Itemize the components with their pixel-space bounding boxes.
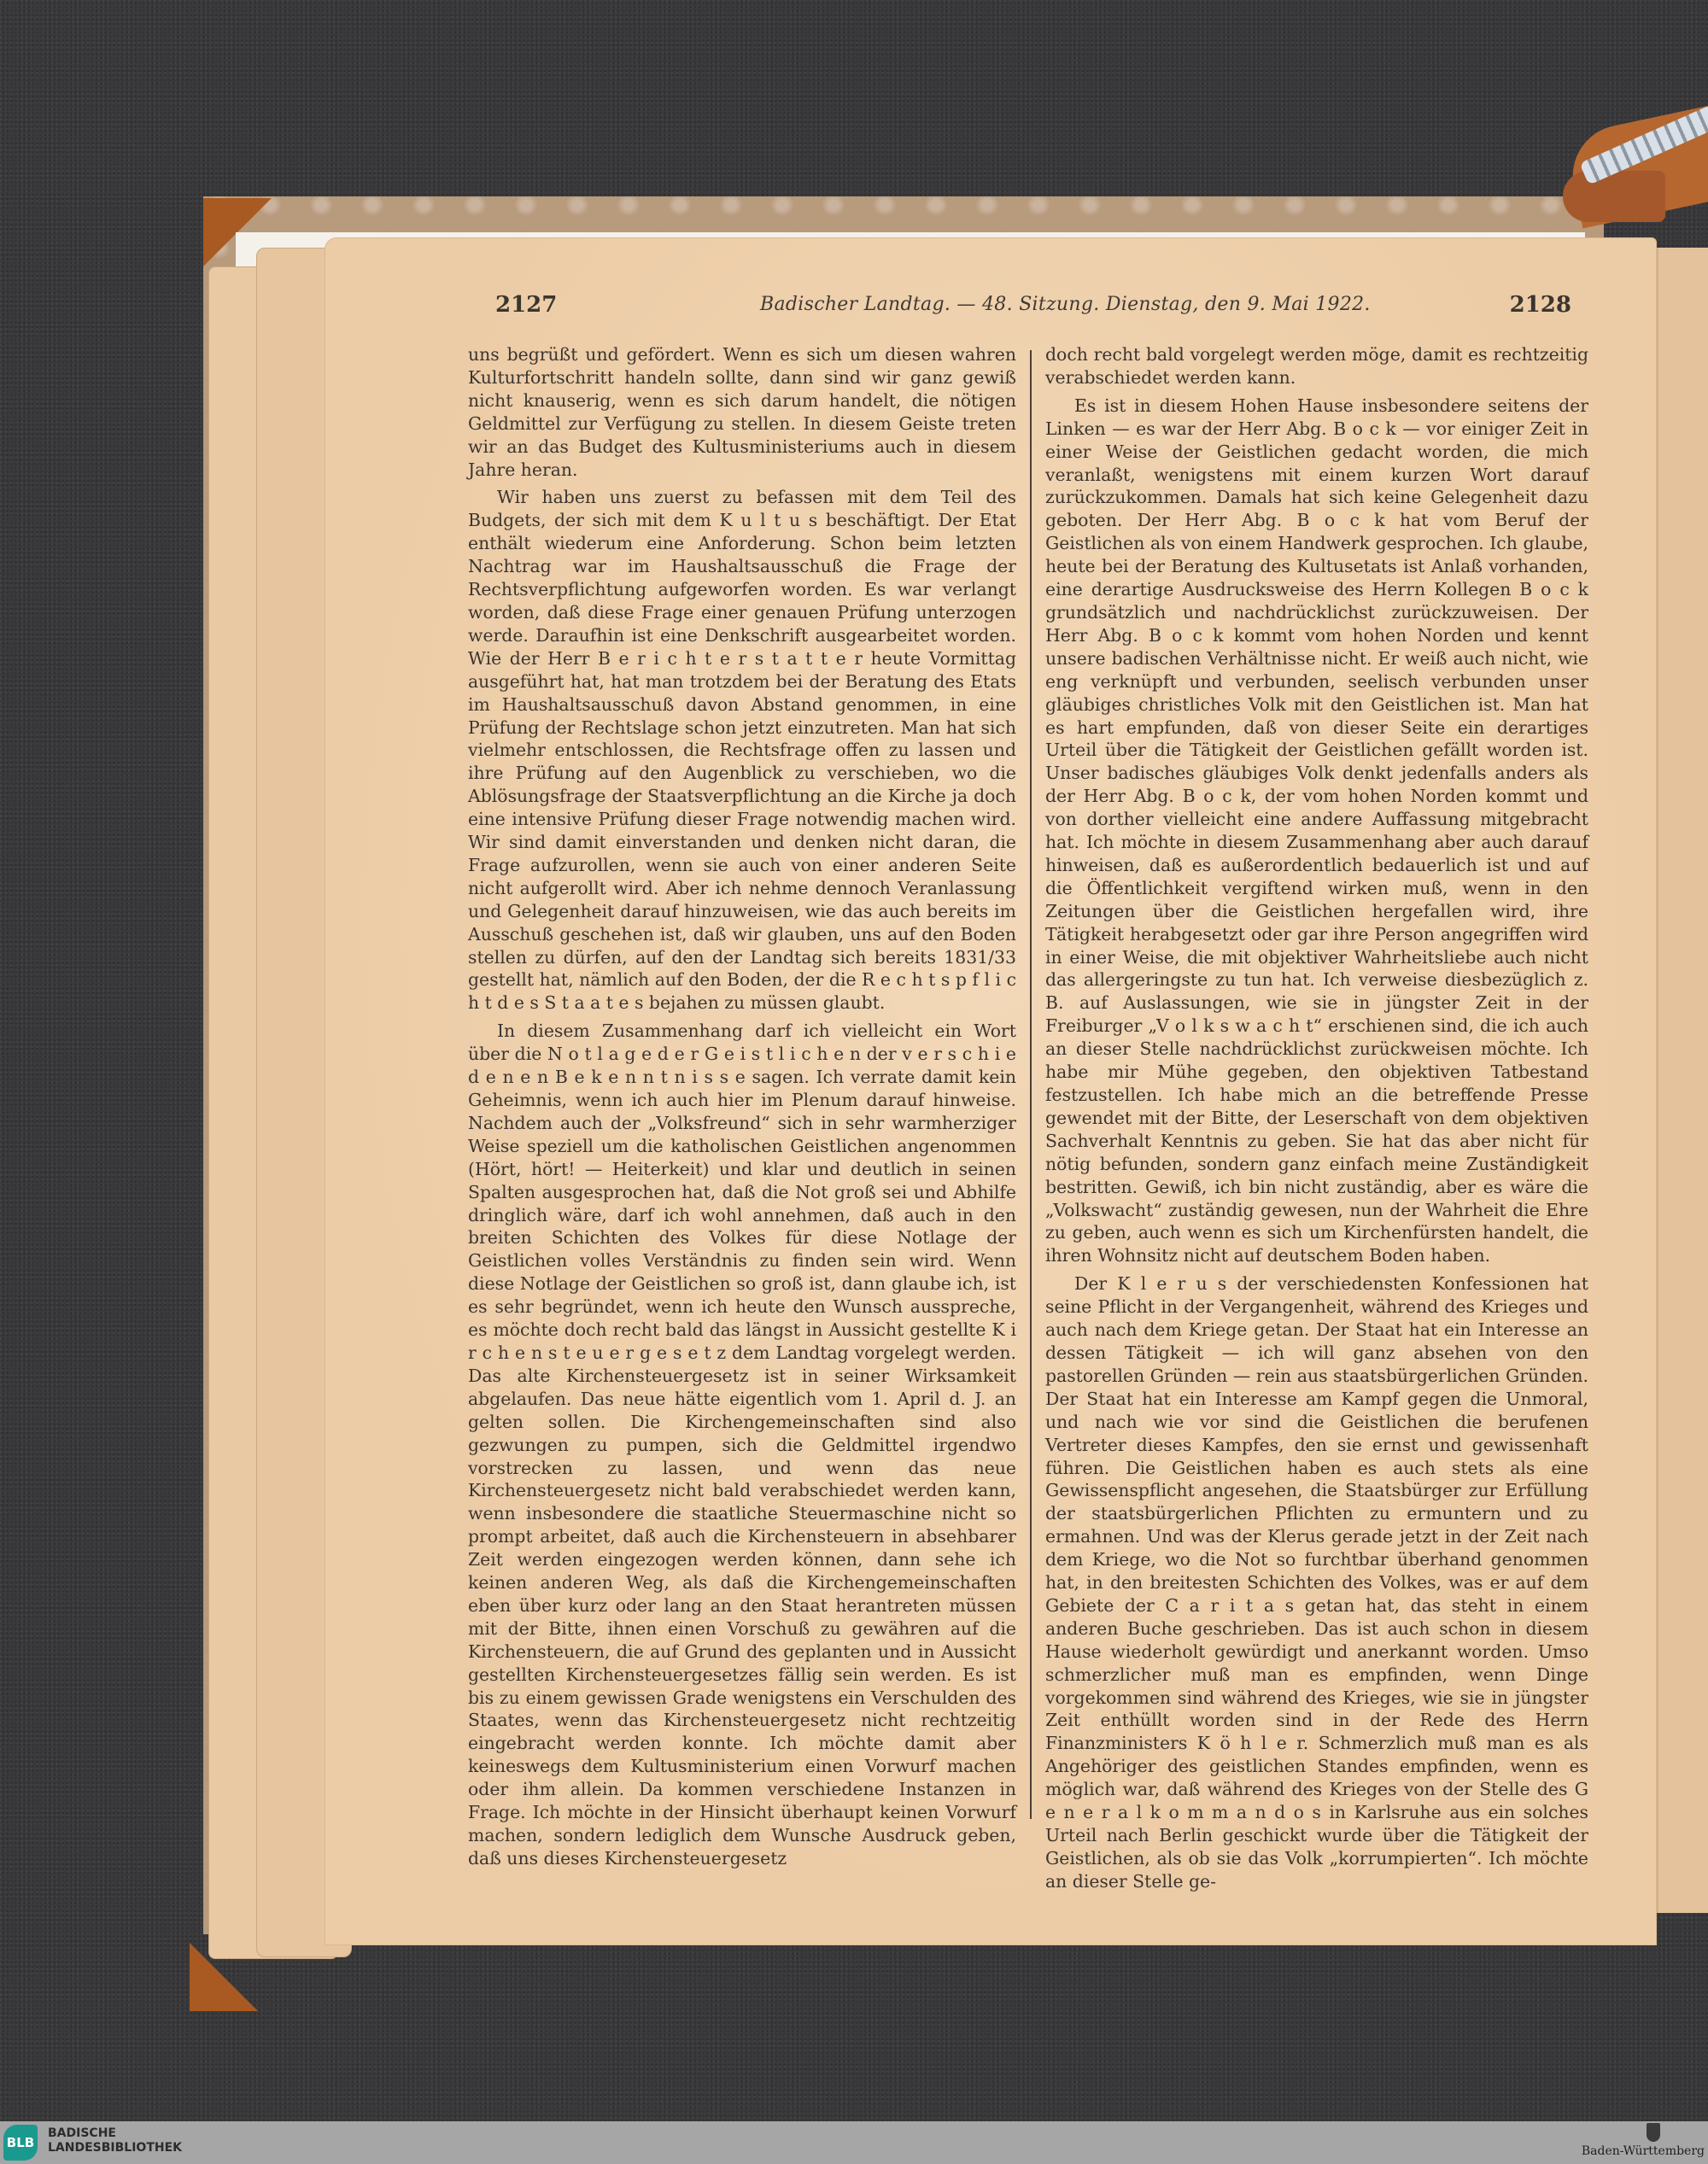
text-column-right: doch recht bald vorgelegt werden möge, d… (1045, 343, 1588, 1898)
page-number-left: 2127 (495, 292, 557, 318)
text-column-left: uns begrüßt und gefördert. Wenn es sich … (468, 343, 1016, 1875)
state-name: Baden-Württemberg (1582, 2144, 1705, 2158)
viewer-footer: BLB BADISCHE LANDESBIBLIOTHEK (0, 2121, 1708, 2164)
blb-logo[interactable]: BLB (3, 2125, 38, 2161)
spine-headband-leather (1563, 171, 1665, 222)
paragraph: doch recht bald vorgelegt werden möge, d… (1045, 343, 1588, 389)
paragraph: Wir haben uns zuerst zu befassen mit dem… (468, 486, 1016, 1015)
page-number-right: 2128 (1510, 292, 1571, 318)
next-page-edge (1657, 248, 1708, 1913)
column-divider (1030, 350, 1032, 1819)
paragraph: Der K l e r u s der verschiedensten Konf… (1045, 1272, 1588, 1892)
paragraph: In diesem Zusammenhang darf ich vielleic… (468, 1020, 1016, 1870)
library-name-line2: LANDESBIBLIOTHEK (48, 2141, 182, 2155)
paragraph: uns begrüßt und gefördert. Wenn es sich … (468, 343, 1016, 481)
running-head: 2127 Badischer Landtag. — 48. Sitzung. D… (495, 290, 1571, 325)
paragraph: Es ist in diesem Hohen Hause insbesonder… (1045, 395, 1588, 1267)
running-title: Badischer Landtag. — 48. Sitzung. Dienst… (760, 294, 1371, 315)
scanned-book-image: 2127 Badischer Landtag. — 48. Sitzung. D… (0, 0, 1708, 2118)
coat-of-arms-icon (1647, 2123, 1660, 2142)
library-name[interactable]: BADISCHE LANDESBIBLIOTHEK (48, 2126, 182, 2155)
library-name-line1: BADISCHE (48, 2126, 182, 2141)
